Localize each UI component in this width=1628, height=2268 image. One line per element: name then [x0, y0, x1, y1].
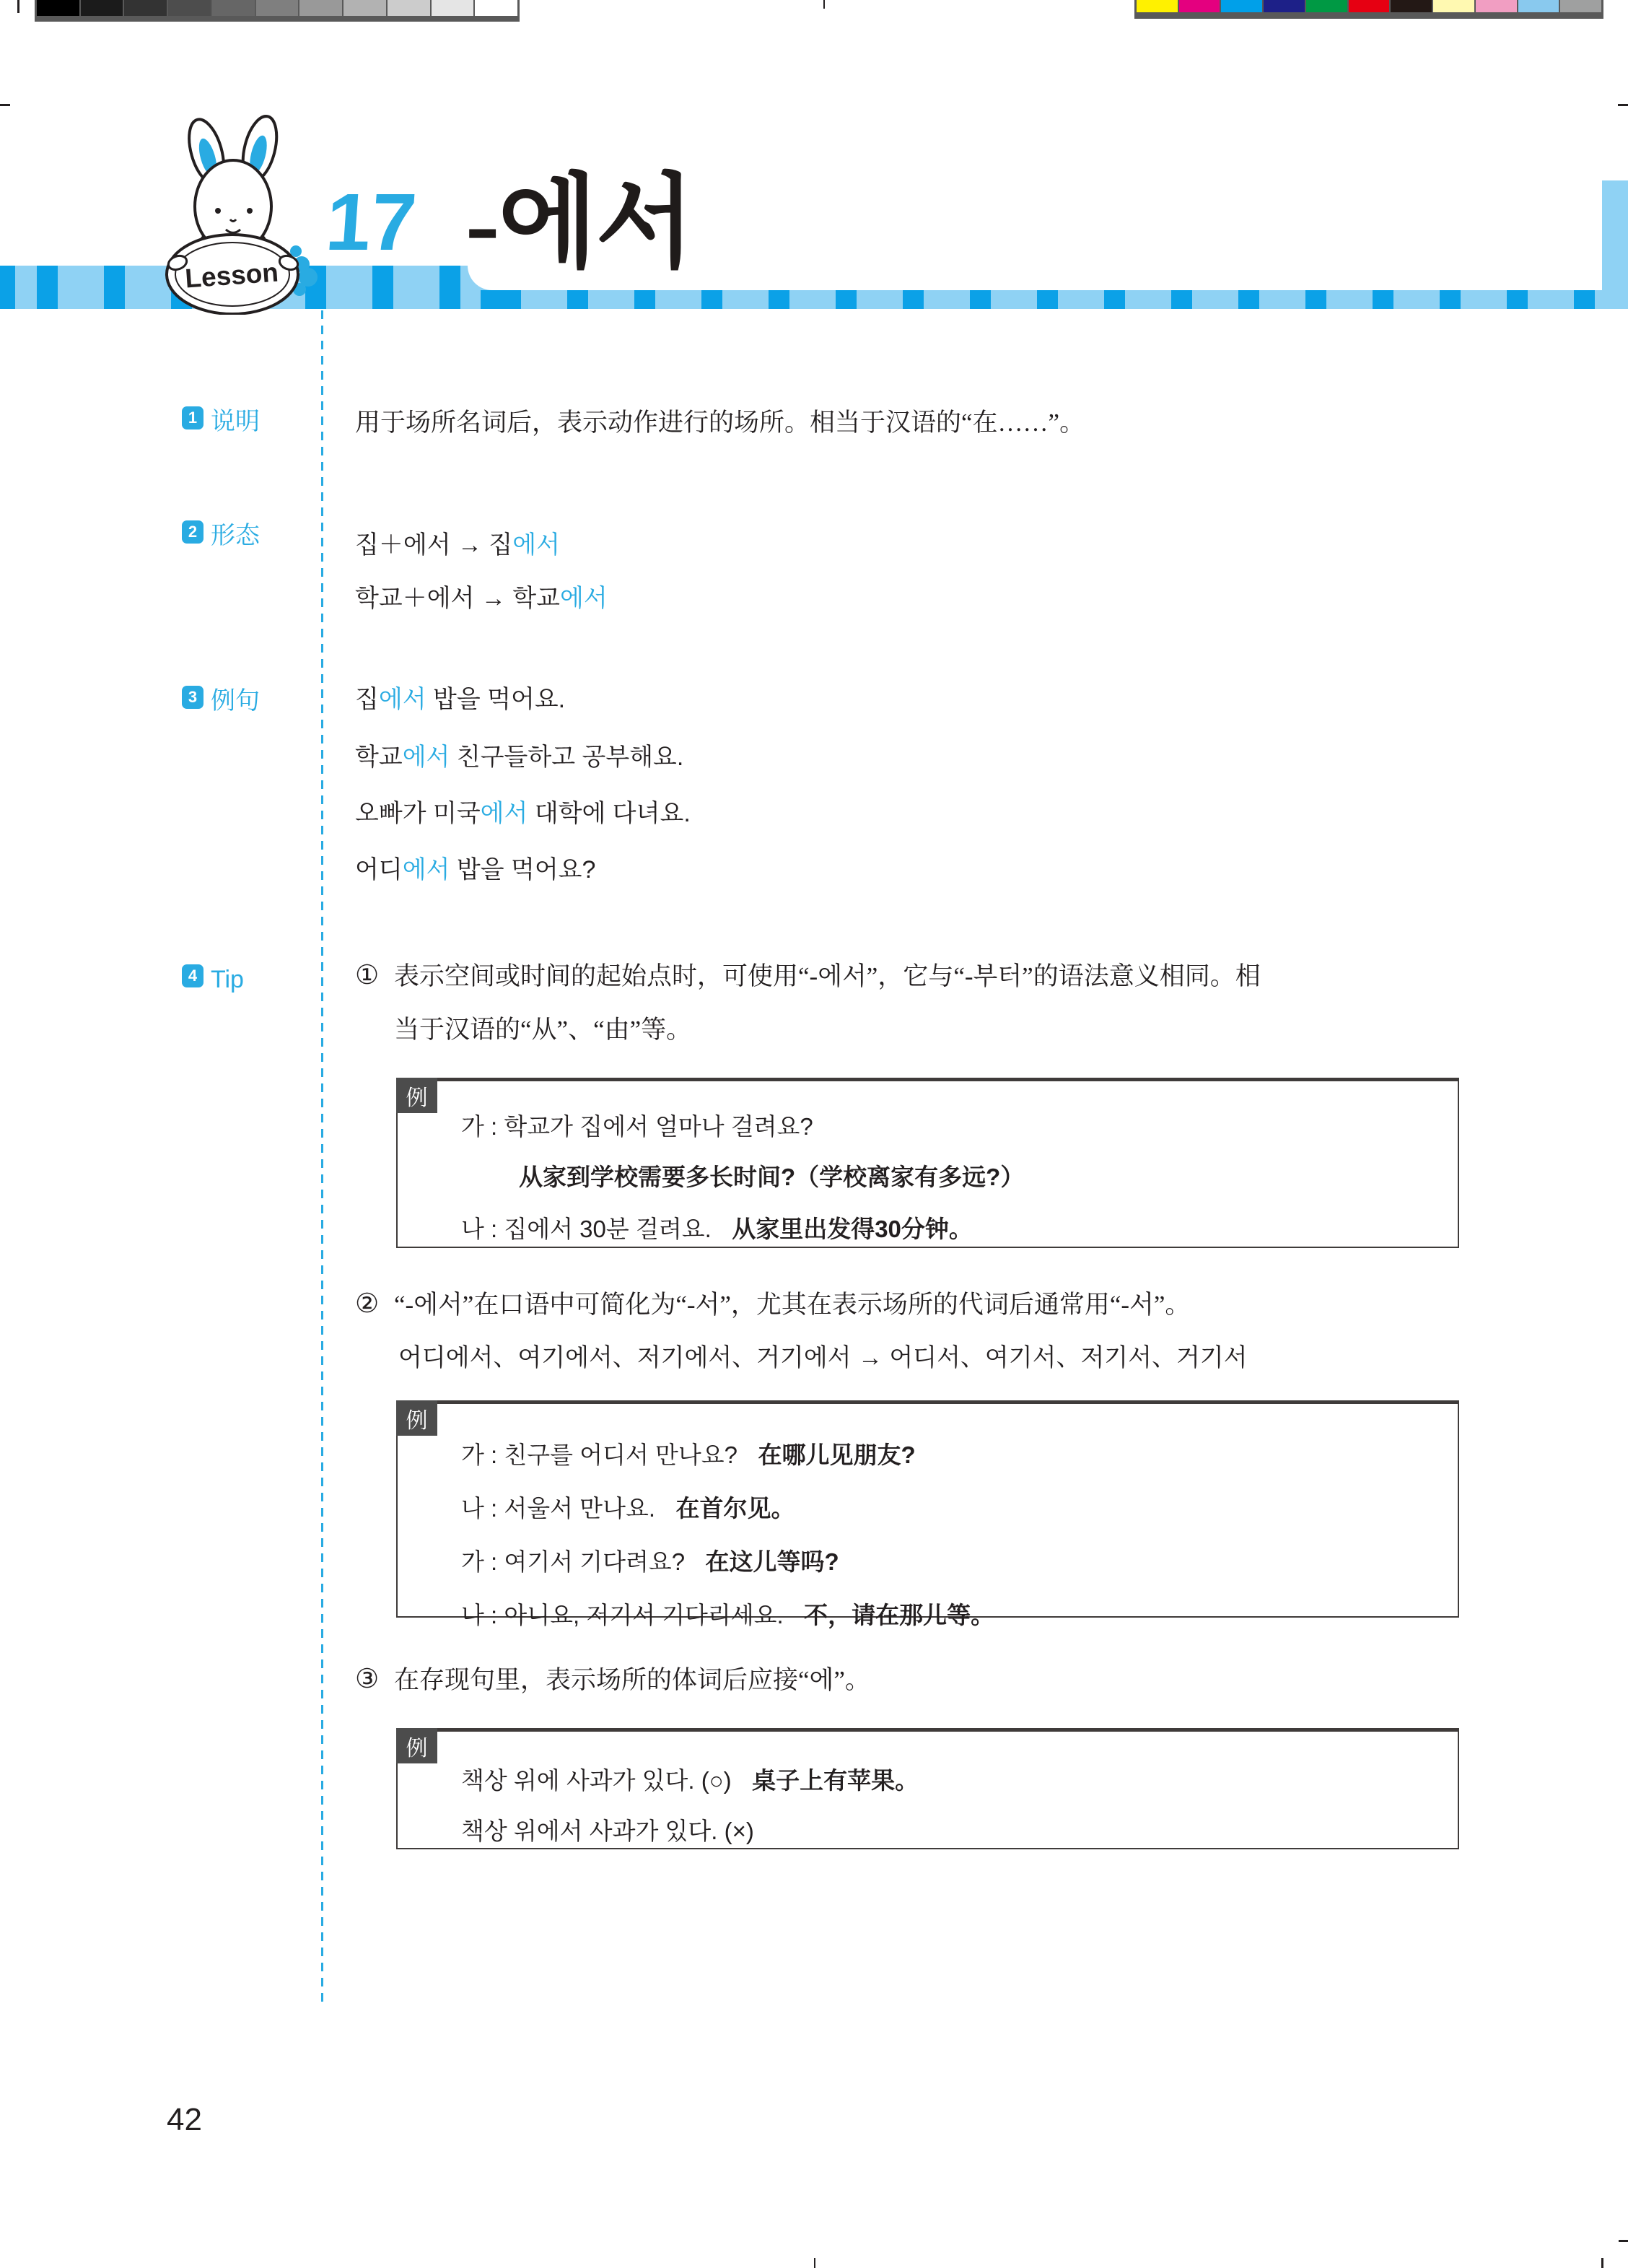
crop-mark-bottom-right-tick	[1601, 2258, 1603, 2268]
calibration-swatch	[1306, 0, 1347, 12]
calibration-swatch	[1560, 0, 1601, 12]
example-particle: 에서	[379, 686, 426, 713]
form-line-suffix: 에서	[512, 531, 560, 559]
lesson-sign: Lesson	[167, 235, 300, 314]
dialog-chinese: 从家到学校需要多长时间?（学校离家有多远?）	[519, 1164, 1024, 1190]
textbook-page: Lesson 17 -에서 1 说明 用于场所名词后，表示动作进行的场所。相当于…	[0, 0, 1628, 2268]
dialog-row: 가 : 여기서 기다려요? 在这儿等吗?	[461, 1543, 839, 1577]
example-pre: 집	[355, 686, 379, 713]
calibration-swatch	[124, 0, 167, 16]
crop-mark-top-center	[823, 0, 825, 9]
example-pre: 오빠가 미국	[355, 800, 481, 827]
calibration-swatch	[37, 0, 79, 16]
example-post: 밥을 먹어요?	[450, 856, 595, 884]
page-number: 42	[167, 2102, 202, 2138]
section-badge-1: 1	[182, 406, 203, 429]
calibration-swatch	[1264, 0, 1305, 12]
tip-item-text: 表示空间或时间的起始点时，可使用“-에서”，它与“-부터”的语法意义相同。相	[394, 962, 1261, 991]
calibration-swatch	[432, 0, 474, 16]
example-post: 친구들하고 공부해요.	[450, 743, 683, 771]
tip-item-text: 在存现句里，表示场所的体词后应接“에”。	[394, 1666, 870, 1695]
form-line: 학교＋에서 → 학교에서	[355, 585, 608, 613]
dialog-chinese: 不，请在那儿等。	[804, 1602, 994, 1628]
example-pre: 학교	[355, 743, 403, 771]
crop-mark-top-left	[17, 0, 19, 13]
lesson-number: 17	[323, 182, 419, 263]
dialog-korean: 책상 위에 사과가 있다. (○)	[461, 1767, 732, 1794]
print-color-bar	[1134, 0, 1603, 19]
section-label-explain: 说明	[211, 409, 260, 435]
calibration-swatch	[81, 0, 123, 16]
lesson-title: -에서	[465, 172, 693, 274]
example-particle: 에서	[403, 743, 450, 771]
calibration-swatch	[1391, 0, 1432, 12]
dialog-row: 가 : 친구를 어디서 만나요? 在哪儿见朋友?	[461, 1436, 916, 1470]
example-box: 例 가 : 학교가 집에서 얼마나 걸려요? 从家到学校需要多长时间?（学校离家…	[396, 1078, 1459, 1248]
calibration-swatch	[168, 0, 211, 16]
tip-item-text: 当于汉语的“从”、“由”等。	[394, 1016, 691, 1044]
calibration-swatch	[1137, 0, 1178, 12]
crop-mark-left	[0, 104, 10, 106]
dialog-row: 나 : 집에서 30분 걸려요. 从家里出发得30分钟。	[461, 1211, 973, 1244]
dialog-korean: 나 : 아니요, 저기서 기다리세요.	[461, 1602, 784, 1628]
header-stripe-band-thin	[468, 290, 1628, 309]
example-box: 例 가 : 친구를 어디서 만나요? 在哪儿见朋友? 나 : 서울서 만나요. …	[396, 1400, 1459, 1618]
page-edge-tab	[1602, 180, 1628, 290]
dialog-chinese: 在哪儿见朋友?	[758, 1442, 915, 1468]
example-sentence: 학교에서 친구들하고 공부해요.	[355, 743, 683, 772]
calibration-swatch	[1433, 0, 1474, 12]
example-post: 밥을 먹어요.	[426, 686, 566, 713]
form-line: 집＋에서 → 집에서	[355, 531, 560, 559]
calibration-swatch	[388, 0, 430, 16]
example-sentence: 오빠가 미국에서 대학에 다녀요.	[355, 800, 691, 828]
example-sentence: 어디에서 밥을 먹어요?	[355, 856, 595, 884]
calibration-swatch	[299, 0, 342, 16]
tip-item-text: “-에서”在口语中可简化为“-서”，尤其在表示场所的代词后通常用“-서”。	[394, 1291, 1190, 1320]
dialog-row: 책상 위에서 사과가 있다. (×)	[461, 1813, 754, 1846]
section-label-tip: Tip	[211, 967, 244, 993]
print-grayscale-bar	[35, 0, 520, 22]
dialog-korean: 가 : 친구를 어디서 만나요?	[461, 1442, 738, 1468]
example-pre: 어디	[355, 856, 403, 884]
calibration-swatch	[1476, 0, 1517, 12]
section-badge-2: 2	[182, 520, 203, 544]
rabbit-mascot-illustration: Lesson	[160, 114, 328, 315]
dialog-chinese: 桌子上有苹果。	[752, 1767, 919, 1794]
dialog-korean: 나 : 서울서 만나요.	[461, 1495, 655, 1522]
dialog-row: 가 : 학교가 집에서 얼마나 걸려요?	[461, 1108, 813, 1142]
crop-mark-bottom-center-tick	[814, 2258, 815, 2268]
example-box-tab: 例	[396, 1078, 437, 1113]
dialog-korean: 나 : 집에서 30분 걸려요.	[461, 1216, 712, 1242]
crop-mark-bottom-right-dash	[1619, 2240, 1628, 2242]
section-badge-4: 4	[182, 964, 203, 987]
dashed-divider-line	[321, 310, 323, 2007]
explain-text: 用于场所名词后，表示动作进行的场所。相当于汉语的“在……”。	[355, 409, 1085, 437]
section-label-form: 形态	[211, 523, 260, 549]
calibration-swatch	[343, 0, 386, 16]
example-particle: 에서	[481, 800, 528, 827]
calibration-swatch	[1518, 0, 1559, 12]
dialog-chinese: 在这儿等吗?	[706, 1548, 839, 1575]
example-sentence: 집에서 밥을 먹어요.	[355, 686, 565, 714]
dialog-row: 책상 위에 사과가 있다. (○) 桌子上有苹果。	[461, 1762, 919, 1796]
calibration-swatch	[1179, 0, 1220, 12]
dialog-korean: 가 : 학교가 집에서 얼마나 걸려요?	[461, 1113, 813, 1140]
tip-item-number: ②	[355, 1291, 379, 1317]
section-label-examples: 例句	[211, 688, 260, 715]
section-badge-3: 3	[182, 686, 203, 709]
dialog-row: 나 : 아니요, 저기서 기다리세요. 不，请在那儿等。	[461, 1597, 994, 1631]
form-line-pre: 학교＋에서 → 학교	[355, 585, 560, 612]
crop-mark-right	[1618, 104, 1628, 106]
dialog-chinese: 在首尔见。	[675, 1495, 795, 1522]
form-line-suffix: 에서	[560, 585, 608, 612]
example-box-tab: 例	[396, 1728, 437, 1763]
example-post: 대학에 다녀요.	[528, 800, 690, 827]
calibration-swatch	[1221, 0, 1262, 12]
tip-item-korean-line: 어디에서、여기에서、저기에서、거기에서 → 어디서、여기서、저기서、거기서	[398, 1344, 1248, 1372]
form-line-pre: 집＋에서 → 집	[355, 531, 512, 559]
dialog-korean: 책상 위에서 사과가 있다. (×)	[461, 1818, 754, 1844]
example-particle: 에서	[403, 856, 450, 884]
dialog-row: 从家到学校需要多长时间?（学校离家有多远?）	[519, 1159, 1024, 1192]
dialog-chinese: 从家里出发得30分钟。	[732, 1216, 973, 1242]
calibration-swatch	[1349, 0, 1390, 12]
tip-item-number: ①	[355, 962, 379, 989]
calibration-swatch	[212, 0, 255, 16]
calibration-swatch	[256, 0, 299, 16]
example-box: 例 책상 위에 사과가 있다. (○) 桌子上有苹果。 책상 위에서 사과가 있…	[396, 1728, 1459, 1849]
dialog-korean: 가 : 여기서 기다려요?	[461, 1548, 685, 1575]
example-box-tab: 例	[396, 1400, 437, 1436]
calibration-swatch	[475, 0, 517, 16]
dialog-row: 나 : 서울서 만나요. 在首尔见。	[461, 1490, 795, 1524]
tip-item-number: ③	[355, 1666, 379, 1693]
